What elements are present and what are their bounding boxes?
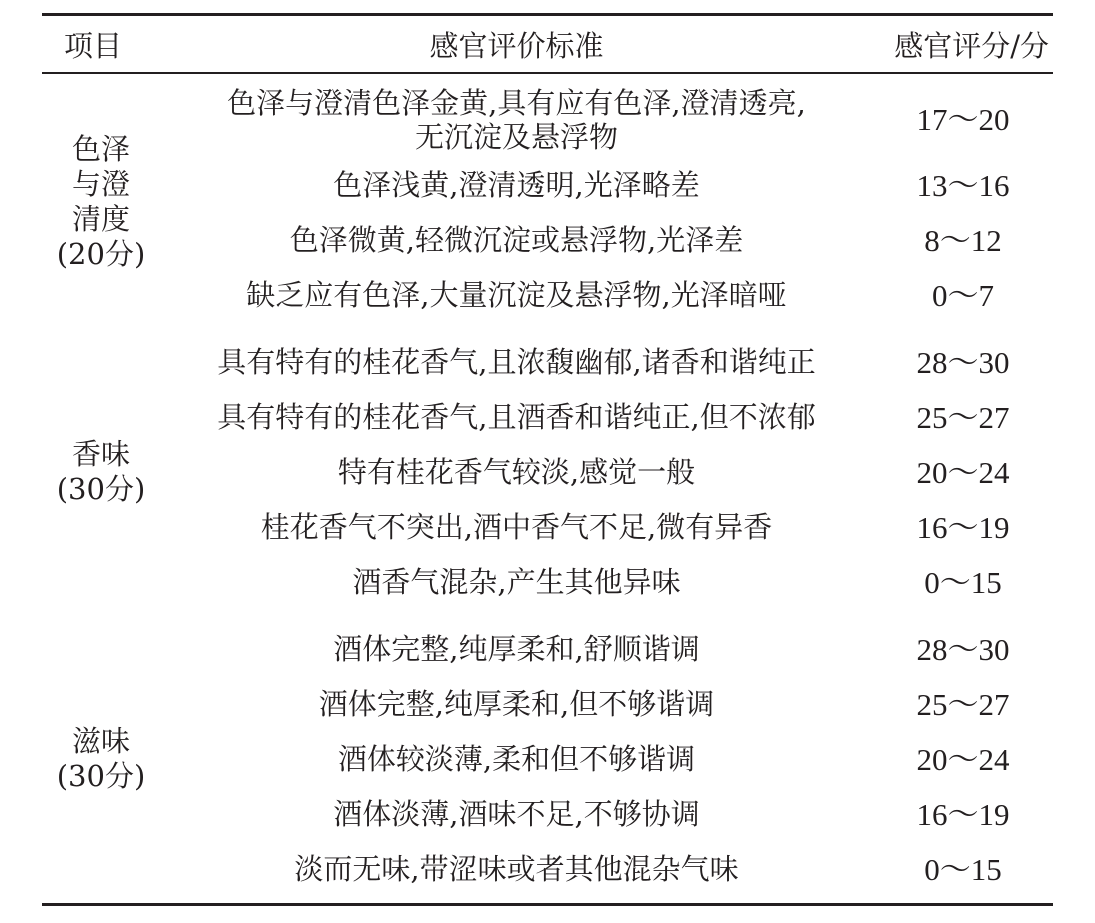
criteria-cell: 具有特有的桂花香气,且浓馥幽郁,诸香和谐纯正 — [160, 346, 873, 379]
table-row: 酒体淡薄,酒味不足,不够协调 16～19 — [160, 787, 1053, 842]
header-item: 项目 — [42, 24, 160, 65]
criteria-cell: 酒体完整,纯厚柔和,但不够谐调 — [160, 688, 873, 721]
section-label: 香味 (30分) — [42, 335, 160, 610]
bottom-rule — [42, 903, 1053, 906]
header-score: 感官评分/分 — [873, 24, 1053, 65]
criteria-cell: 特有桂花香气较淡,感觉一般 — [160, 456, 873, 489]
score-cell: 28～30 — [873, 346, 1053, 379]
score-cell: 20～24 — [873, 743, 1053, 776]
table-row: 色泽微黄,轻微沉淀或悬浮物,光泽差 8～12 — [160, 213, 1053, 268]
table-row: 具有特有的桂花香气,且酒香和谐纯正,但不浓郁 25～27 — [160, 390, 1053, 445]
score-cell: 0～15 — [873, 566, 1053, 599]
section-label: 色泽 与澄 清度 (20分) — [42, 82, 160, 323]
score-cell: 25～27 — [873, 688, 1053, 721]
table-row: 色泽浅黄,澄清透明,光泽略差 13～16 — [160, 158, 1053, 213]
label-line: (30分) — [57, 759, 146, 794]
sensory-evaluation-table: 项目 感官评价标准 感官评分/分 色泽 与澄 清度 (20分) 色泽与澄清色泽金… — [42, 13, 1053, 906]
criteria-cell: 酒体完整,纯厚柔和,舒顺谐调 — [160, 633, 873, 666]
criteria-cell: 具有特有的桂花香气,且酒香和谐纯正,但不浓郁 — [160, 401, 873, 434]
score-cell: 0～15 — [873, 853, 1053, 886]
criteria-cell: 缺乏应有色泽,大量沉淀及悬浮物,光泽暗哑 — [160, 279, 873, 312]
section-color-clarity: 色泽 与澄 清度 (20分) 色泽与澄清色泽金黄,具有应有色泽,澄清透亮, 无沉… — [42, 74, 1053, 323]
table-row: 酒体较淡薄,柔和但不够谐调 20～24 — [160, 732, 1053, 787]
section-taste: 滋味 (30分) 酒体完整,纯厚柔和,舒顺谐调 28～30 酒体完整,纯厚柔和,… — [42, 610, 1053, 903]
label-line: (30分) — [57, 472, 146, 507]
score-cell: 8～12 — [873, 224, 1053, 257]
criteria-cell: 色泽浅黄,澄清透明,光泽略差 — [160, 169, 873, 202]
label-line: (20分) — [57, 237, 146, 272]
score-cell: 16～19 — [873, 511, 1053, 544]
score-cell: 16～19 — [873, 798, 1053, 831]
score-cell: 25～27 — [873, 401, 1053, 434]
criteria-line: 色泽与澄清色泽金黄,具有应有色泽,澄清透亮, — [160, 86, 873, 120]
table-row: 酒体完整,纯厚柔和,但不够谐调 25～27 — [160, 677, 1053, 732]
table-row: 具有特有的桂花香气,且浓馥幽郁,诸香和谐纯正 28～30 — [160, 335, 1053, 390]
section-aroma: 香味 (30分) 具有特有的桂花香气,且浓馥幽郁,诸香和谐纯正 28～30 具有… — [42, 323, 1053, 610]
criteria-cell: 酒体较淡薄,柔和但不够谐调 — [160, 743, 873, 776]
table-row: 淡而无味,带涩味或者其他混杂气味 0～15 — [160, 842, 1053, 897]
criteria-cell: 淡而无味,带涩味或者其他混杂气味 — [160, 853, 873, 886]
table-row: 酒体完整,纯厚柔和,舒顺谐调 28～30 — [160, 622, 1053, 677]
table-row: 酒香气混杂,产生其他异味 0～15 — [160, 555, 1053, 610]
section-label: 滋味 (30分) — [42, 622, 160, 897]
table-row: 缺乏应有色泽,大量沉淀及悬浮物,光泽暗哑 0～7 — [160, 268, 1053, 323]
table-row: 色泽与澄清色泽金黄,具有应有色泽,澄清透亮, 无沉淀及悬浮物 17～20 — [160, 82, 1053, 158]
label-line: 清度 — [57, 202, 146, 237]
score-cell: 17～20 — [873, 103, 1053, 136]
label-line: 色泽 — [57, 132, 146, 167]
score-cell: 28～30 — [873, 633, 1053, 666]
criteria-cell: 桂花香气不突出,酒中香气不足,微有异香 — [160, 511, 873, 544]
label-line: 香味 — [57, 437, 146, 472]
criteria-cell: 酒香气混杂,产生其他异味 — [160, 566, 873, 599]
criteria-cell: 酒体淡薄,酒味不足,不够协调 — [160, 798, 873, 831]
table-row: 特有桂花香气较淡,感觉一般 20～24 — [160, 445, 1053, 500]
header-row: 项目 感官评价标准 感官评分/分 — [42, 16, 1053, 72]
score-cell: 20～24 — [873, 456, 1053, 489]
label-line: 滋味 — [57, 724, 146, 759]
score-cell: 0～7 — [873, 279, 1053, 312]
label-line: 与澄 — [57, 167, 146, 202]
score-cell: 13～16 — [873, 169, 1053, 202]
table-row: 桂花香气不突出,酒中香气不足,微有异香 16～19 — [160, 500, 1053, 555]
header-criteria: 感官评价标准 — [160, 24, 873, 65]
criteria-line: 无沉淀及悬浮物 — [160, 120, 873, 154]
criteria-cell: 色泽与澄清色泽金黄,具有应有色泽,澄清透亮, 无沉淀及悬浮物 — [160, 86, 873, 154]
criteria-cell: 色泽微黄,轻微沉淀或悬浮物,光泽差 — [160, 224, 873, 257]
